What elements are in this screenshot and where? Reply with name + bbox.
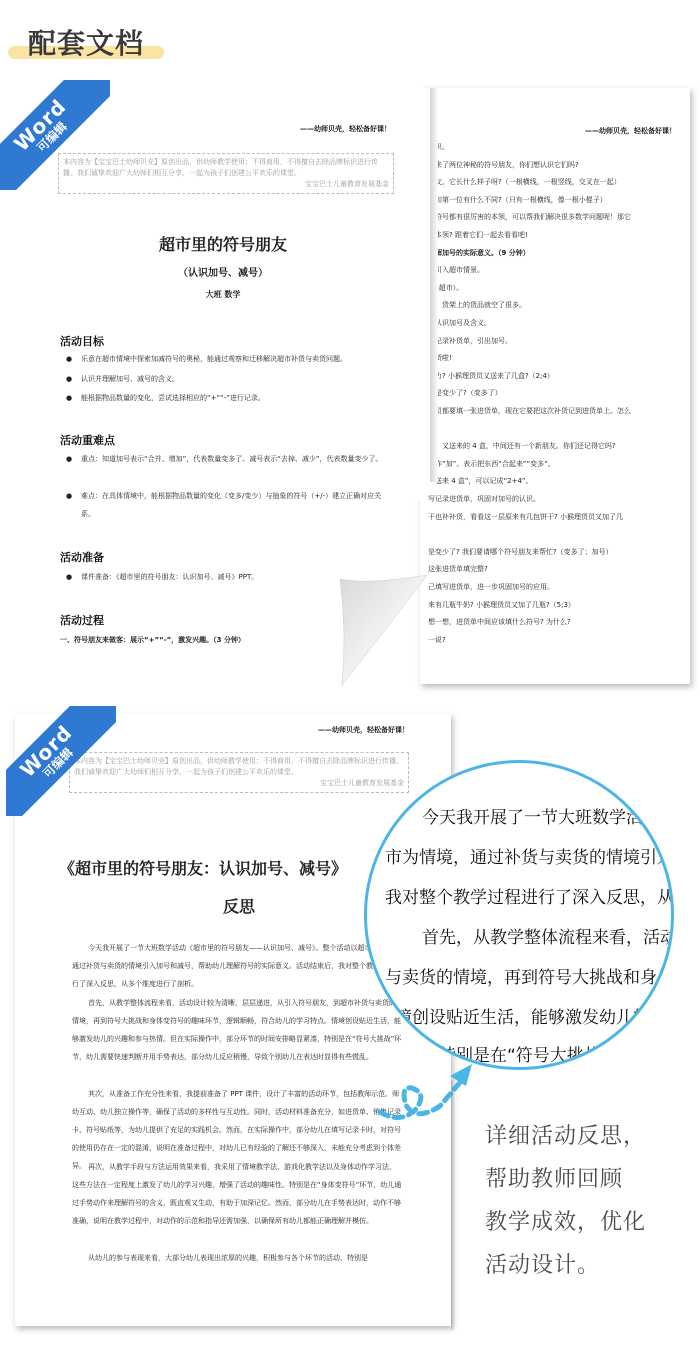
back-page-line: 过记录补货单，引出加号。 [428,336,512,346]
back-page-line: 己填写进货单，进一步巩固加号的应用。 [428,582,554,592]
page-slogan: ——幼师贝壳，轻松备好课！ [585,126,676,136]
notice-signature: 宝宝巴士儿童教育发展基金 [74,778,404,789]
notice-signature: 宝宝巴士儿童教育发展基金 [63,179,389,190]
doc-subtitle: （认识加号、减号） [8,264,438,279]
reflection-paragraph: 从幼儿的参与表现来看，大部分幼儿表现出浓厚的兴趣，积极参与各个环节的活动，特别是 [72,1249,402,1267]
zoom-line: 境创设贴近生活，能够激发幼儿的 [395,1003,650,1028]
section-title-text: 配套文档 [28,22,144,62]
back-page-line: 写记录进货单，巩固对加号的认识。 [428,494,540,504]
back-page-line: 是变少了? 我们要请哪个符号朋友来帮忙?（变多了；加号） [428,547,613,557]
back-page-line: 想一想，进货单中间应该填什么符号? 为什么? [428,617,571,627]
zoom-line: 今天我开展了一节大班数学活 [422,803,643,828]
back-page-line: 请来了两位神秘的符号朋友，你们想认识它们吗? [428,160,579,170]
reflection-title: 《超市里的符号朋友：认识加号、减号》 [59,856,347,879]
back-page-line: 它和第一位有什么不同?（只有一根横线，像一根小棍子） [428,195,607,205]
heading-process: 活动过程 [60,612,104,628]
process-step-1: 一、符号朋友来做客：展示“+”“-”，激发兴趣。（3 分钟） [60,635,245,645]
reflection-paragraph: 再次，从教学手段与方法运用效果来看，我采用了情境教学法、游戏化教学法以及身体动作… [72,1158,402,1230]
section-title: 配套文档 [8,18,168,64]
goal-item: 认识并理解加号、减号的含义。 [81,370,411,388]
zoom-line: 首先，从教学整体流程来看，活动 [422,923,674,948]
caption-line: 活动设计。 [485,1244,646,1287]
back-page-line: 个符号都有很厉害的本领，可以帮我们解决很多数学问题呢！那它 [428,212,631,222]
page-edge-shadow [430,88,438,482]
doc-grade: 大班 数学 [8,289,438,300]
dashed-arrow-icon [370,1060,480,1140]
zoom-line: 我对整个教学过程进行了深入反思，从 [385,883,674,908]
page-slogan: ——幼师贝壳，轻松备好课！ [300,124,391,134]
zoom-line: 与卖货的情境，再到符号大挑战和身体 [385,963,674,988]
back-page-line: 还是变少了?（变多了） [428,388,502,398]
back-page-line: 读作“加”。表示把东西“合起来”“变多”。 [428,459,555,469]
page-edge-shadow [451,1080,455,1330]
copyright-notice: 本内容为【宝宝巴士幼师贝壳】原创出品，供幼师教学使用；不得商用，不得擅自去除品牌… [69,752,409,793]
back-page-line: 快，货架上的货品就空了很多。 [428,300,526,310]
doc-page-back: ——幼师贝壳，轻松备好课！ 认识。请来了两位神秘的符号朋友，你们想认识它们吗?朋… [420,88,690,684]
back-page-line: 货员都要填一张进货单，现在它要把这次补货记到进货单上。怎么 [428,406,631,416]
back-page-line: 盒、又送来的 4 盒，中间还有一个新朋友。你们还记得它吗? [428,441,616,451]
magnifier-lens: 今天我开展了一节大班数学活 市为情境，通过补货与卖货的情境引入 我对整个教学过程… [364,760,674,1070]
word-editable-badge: Word 可编辑 [6,706,116,816]
goal-item: 乐意在超市情境中探索加减符号的奥秘，能通过观察和迁移解决超市补货与卖货问题。 [81,350,411,368]
caption-line: 教学成效，优化 [485,1201,646,1244]
reflection-title-2: 反思 [223,894,255,917]
heading-keypoints: 活动重难点 [60,432,115,448]
doc-title: 超市里的符号朋友 [8,232,438,255]
back-page-line: 干也补补货，看看这一层原来有几包饼干? 小猴理货员又加了几 [428,512,623,522]
keypoint-item: 难点：在具体情境中，能根据物品数量的变化（变多/变少）与抽象的符号（+/-）建立… [81,487,393,523]
zoom-line: 市为情境，通过补货与卖货的情境引入 [385,843,674,868]
back-page-line: 克力? 小猴理货员又送来了几盒?（2;4） [428,371,554,381]
caption-line: 帮助教师回顾 [485,1158,646,1201]
notice-text: 本内容为【宝宝巴士幼师贝壳】原创出品，供幼师教学使用；不得商用，不得擅自去除品牌… [63,157,389,179]
reflection-paragraph: 首先，从教学整体流程来看，活动设计较为清晰，层层递进，从引入符号朋友，到超市补货… [72,994,402,1066]
back-page-line: 来有几瓶牛奶? 小猴理货员又加了几瓶?（5;3） [428,600,575,610]
back-page-line: 朋友，它长什么样子呀?（一根横线，一根竖线，交叉在一起） [428,177,621,187]
page-curl-icon [337,575,427,685]
heading-goals: 活动目标 [60,333,104,349]
goal-item: 能根据物品数量的变化，尝试选择相应的“+”“-”进行记录。 [81,389,411,407]
notice-text: 本内容为【宝宝巴士幼师贝壳】原创出品，供幼师教学使用；不得商用，不得擅自去除品牌… [74,756,404,778]
keypoint-item: 重点：知道加号表示“合并、增加”，代表数量变多了。减号表示“去掉、减少”，代表数… [81,450,393,468]
reflection-paragraph: 今天我开展了一节大班数学活动《超市里的符号朋友——认识加号、减号》。整个活动以超… [72,939,402,993]
back-page-line: 么本领? 跟着它们一起去看看吧! [428,230,528,240]
feature-caption: 详细活动反思， 帮助教师回顾 教学成效，优化 活动设计。 [485,1115,646,1287]
heading-prep: 活动准备 [60,549,104,565]
back-page-line: 又送来 4 盒”，可以记成“2+4”。 [428,476,533,486]
caption-line: 详细活动反思， [485,1115,646,1158]
word-editable-badge: Word 可编辑 [0,80,110,190]
page-slogan: ——幼师贝壳，轻松备好课！ [318,725,409,735]
back-page-line: 理解加号的实际意义。（9 分钟） [428,248,530,258]
